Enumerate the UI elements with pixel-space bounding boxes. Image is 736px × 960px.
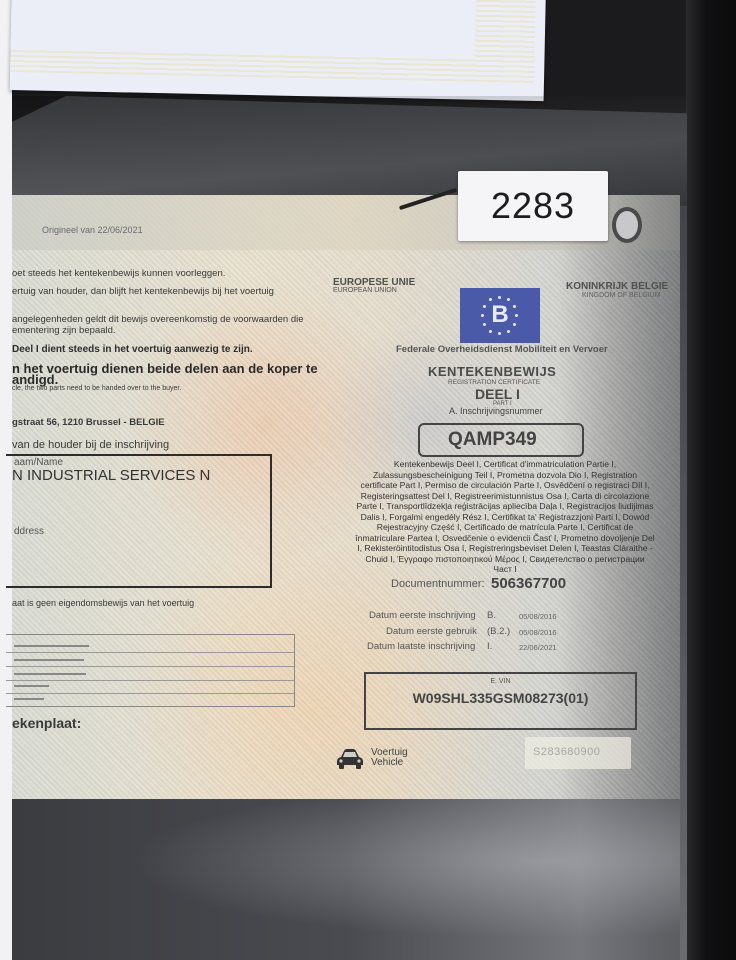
issuing-authority: Federale Overheidsdienst Mobiliteit en V… xyxy=(396,344,608,355)
holder-box: aam/Name N INDUSTRIAL SERVICES N ddress xyxy=(6,454,272,588)
document-number: 506367700 xyxy=(491,575,566,592)
holder-name: N INDUSTRIAL SERVICES N xyxy=(12,467,210,484)
date-value: 22/06/2021 xyxy=(519,643,557,652)
date-code: (B.2.) xyxy=(487,626,510,637)
kingdom-label: KONINKRIJK BELGIE xyxy=(566,281,668,292)
plate-label: ekenplaat: xyxy=(12,715,81,731)
date-code: I. xyxy=(487,641,492,652)
document-number-label: Documentnummer: xyxy=(391,578,485,590)
plastic-sleeve-bottom xyxy=(12,795,680,960)
document-title: KENTEKENBEWIJS xyxy=(428,364,556,379)
document-title-en: REGISTRATION CERTIFICATE xyxy=(448,379,540,386)
not-ownership-notice: aat is geen eigendomsbewijs van het voer… xyxy=(12,598,194,608)
multilingual-titles: Kentekenbewijs Deel I, Certificat d'imma… xyxy=(355,459,655,575)
transfer-notice-en: cle, the two parts need to be handed ove… xyxy=(12,385,181,392)
vin-label: E. VIN xyxy=(366,678,635,685)
date-label: Datum eerste gebruik xyxy=(386,626,477,637)
document-part: DEEL I xyxy=(475,386,520,402)
backdrop-dark-surface xyxy=(686,0,736,960)
eu-flag-icon: B xyxy=(460,288,540,343)
registration-number-label: A. Inschrijvingsnummer xyxy=(449,406,543,416)
instruction-line: ertuig van houder, dan blijft het kentek… xyxy=(12,286,274,297)
date-code: B. xyxy=(487,610,496,621)
holder-address-label: ddress xyxy=(14,526,44,537)
instruction-line: ementering zijn bepaald. xyxy=(12,325,116,336)
serial-number-box: S283680900 xyxy=(525,737,631,769)
registration-number: QAMP349 xyxy=(448,429,537,451)
holder-section-label: van de houder bij de inschrijving xyxy=(12,439,169,451)
vin-number: W09SHL335GSM08273(01) xyxy=(366,690,635,706)
kingdom-label-en: KINGDOM OF BELGIUM xyxy=(582,292,661,299)
car-icon xyxy=(336,748,364,770)
country-letter: B xyxy=(460,301,540,329)
vehicle-label-en: Vehicle xyxy=(371,758,403,768)
date-value: 05/08/2016 xyxy=(519,628,557,637)
instruction-line: oet steeds het kentekenbewijs kunnen voo… xyxy=(12,268,225,279)
punch-hole xyxy=(612,207,642,243)
registration-number-box: QAMP349 xyxy=(418,423,584,457)
number-sticker: 2283 xyxy=(458,171,608,241)
ruled-lines-box xyxy=(6,634,295,707)
date-label: Datum laatste inschrijving xyxy=(367,641,475,652)
issuer-address: gstraat 56, 1210 Brussel - BELGIE xyxy=(12,417,165,428)
serial-number: S283680900 xyxy=(533,746,600,758)
date-value: 05/08/2016 xyxy=(519,612,557,621)
original-date-line: Origineel van 22/06/2021 xyxy=(42,225,143,235)
vin-box: E. VIN W09SHL335GSM08273(01) xyxy=(364,672,637,730)
date-label: Datum eerste inschrijving xyxy=(369,610,476,621)
instruction-line: angelegenheden geldt dit bewijs overeenk… xyxy=(12,314,304,325)
eu-label-en: EUROPEAN UNION xyxy=(333,287,397,294)
other-document-paper xyxy=(10,0,546,101)
bold-notice: Deel I dient steeds in het voertuig aanw… xyxy=(12,344,253,355)
